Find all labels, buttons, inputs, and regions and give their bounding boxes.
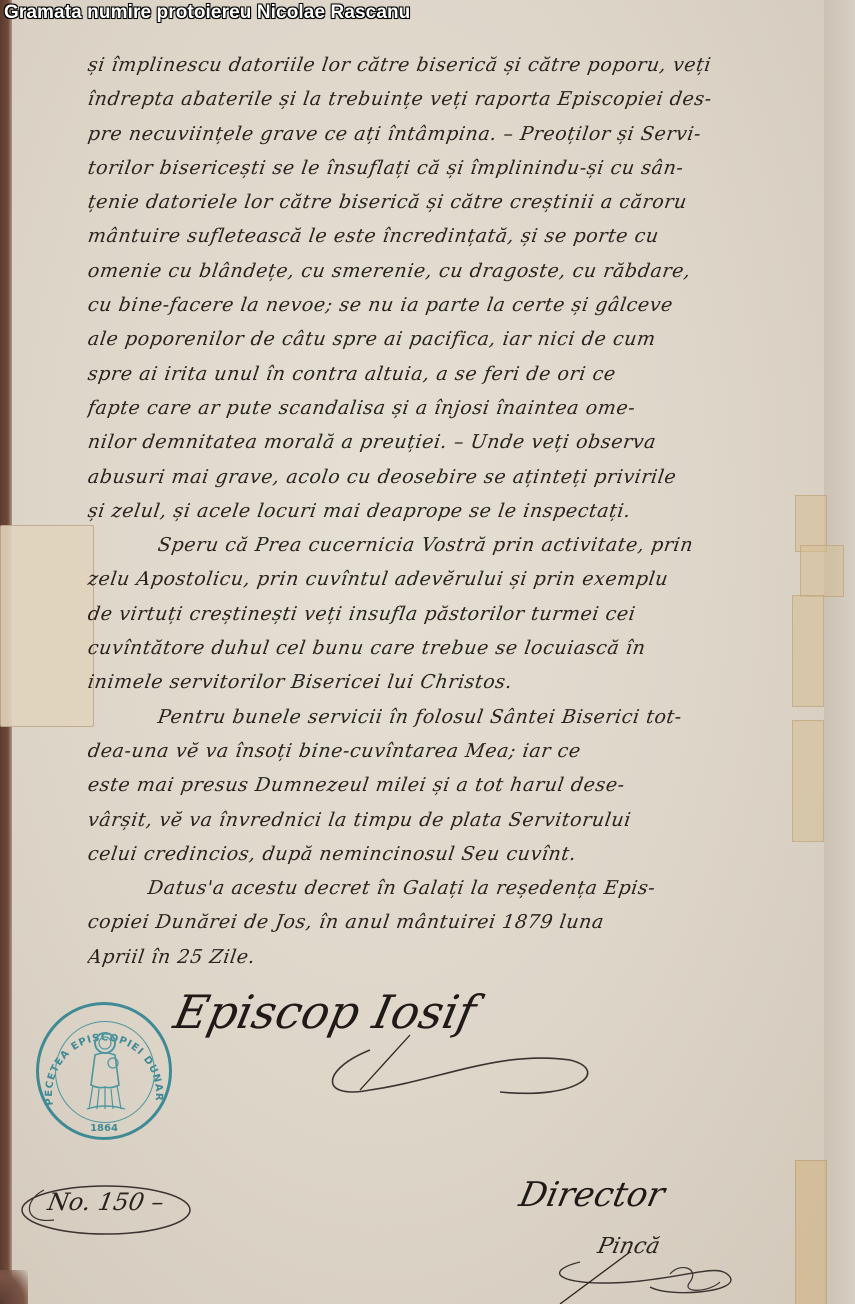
text-line: abusuri mai grave, acolo cu deosebire se… [86,460,831,494]
image-caption: Gramata numire protoiereu Nicolae Rascan… [4,2,410,24]
text-line: fapte care ar pute scandalisa și a înjos… [86,391,831,425]
text-line: ale poporenilor de câtu spre ai pacifica… [86,322,831,356]
text-line: Apriil în 25 Zile. [86,940,831,974]
paper-patch-left [0,525,94,727]
text-line: este mai presus Dumnezeul milei și a tot… [86,768,831,802]
decree-body: și împlinescu datoriile lor către biseri… [88,48,828,974]
text-line: și zelul, și acele locuri mai deaprope s… [86,494,831,528]
text-line: de virtuți creștinești veți insufla păst… [86,597,831,631]
text-line: Speru că Prea cucernicia Vostră prin act… [86,528,831,562]
text-line: inimele servitorilor Bisericei lui Chris… [86,665,831,699]
saint-figure-icon [81,1029,129,1113]
text-line: nilor demnitatea morală a preuției. – Un… [86,425,831,459]
seal-year: 1864 [39,1123,169,1134]
tape-strip [795,1160,827,1304]
text-line: pre necuviințele grave ce ați întâmpina.… [86,117,831,151]
signature-flourish-icon [300,1030,600,1100]
text-line: torilor bisericești se le însuflați că ș… [86,151,831,185]
text-line: cu bine-facere la nevoe; se nu ia parte … [86,288,831,322]
document-number: No. 150 – [46,1188,167,1216]
text-line: copiei Dunărei de Jos, în anul mântuirei… [86,905,831,939]
text-line: Pentru bunele servicii în folosul Sântei… [86,700,831,734]
photographer-thumb [0,1270,28,1304]
director-flourish-icon [520,1232,750,1304]
text-line: celui credincios, după nemincinosul Seu … [86,837,831,871]
text-line: cuvîntătore duhul cel bunu care trebue s… [86,631,831,665]
text-line: și împlinescu datoriile lor către biseri… [86,48,831,82]
text-line: mântuire sufletească le este încredințat… [86,219,831,253]
text-line: vârșit, vĕ va învrednici la timpu de pla… [86,803,831,837]
text-line: îndrepta abaterile și la trebuințe veți … [86,82,831,116]
text-line: omenie cu blândețe, cu smerenie, cu drag… [86,254,831,288]
text-line: Datus'a acestu decret în Galați la reșed… [86,871,831,905]
text-line: țenie datoriele lor către biserică și că… [86,185,831,219]
director-title: Director [516,1175,668,1215]
text-line: zelu Apostolicu, prin cuvîntul adevĕrulu… [86,562,831,596]
episcopal-seal-stamp: PECETEA EPISCOPIEI DUNAREI DE JOS 1864 [36,1002,172,1140]
text-line: spre ai irita unul în contra altuia, a s… [86,357,831,391]
text-line: dea-una vĕ va însoți bine-cuvîntarea Mea… [86,734,831,768]
